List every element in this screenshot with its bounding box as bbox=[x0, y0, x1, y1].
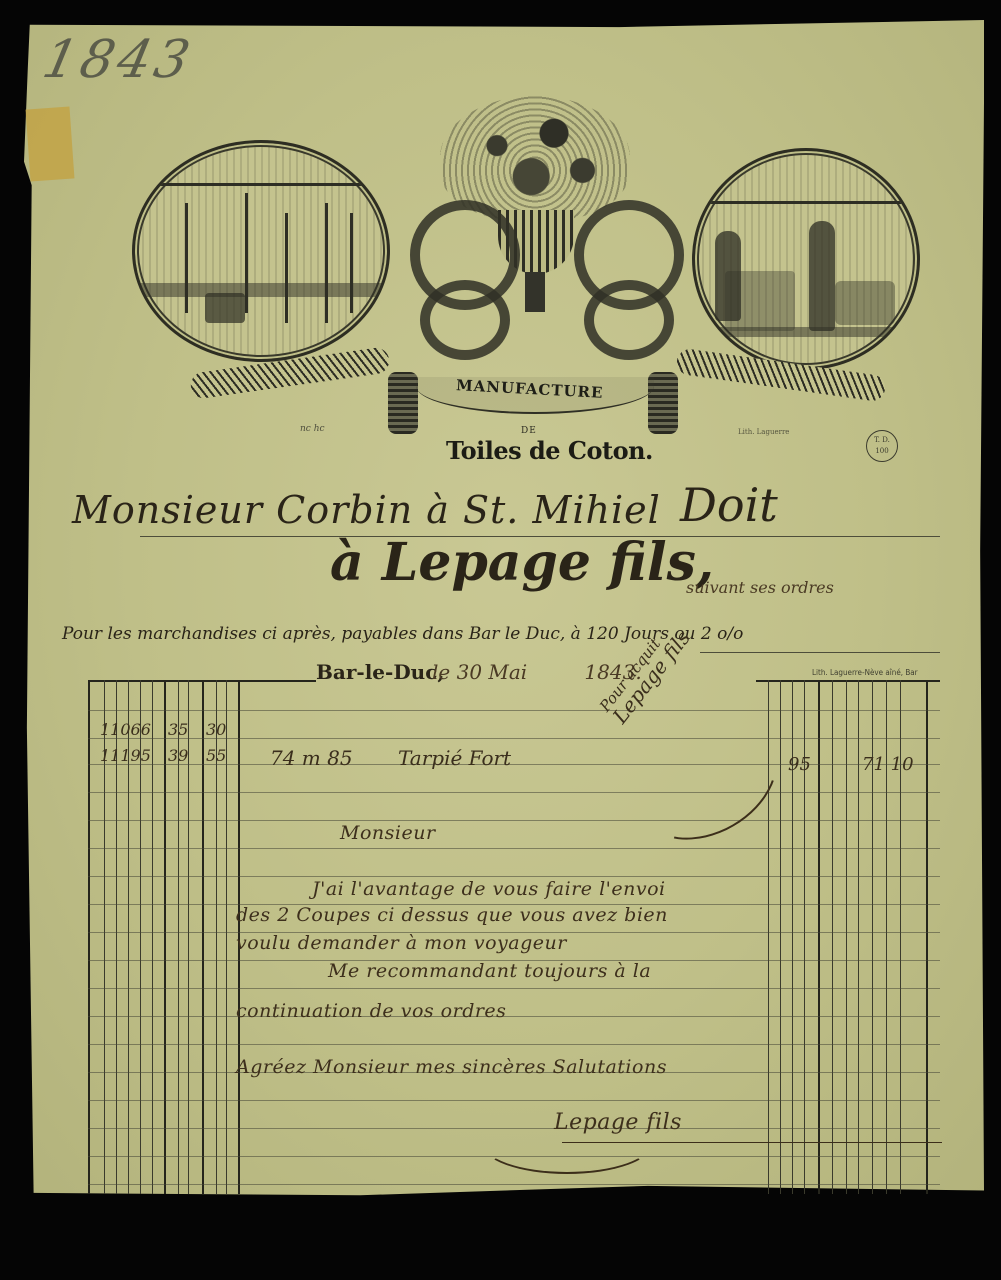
signature-underline bbox=[562, 1142, 942, 1143]
row2-col3: 55 bbox=[206, 746, 226, 765]
lithographer-credit: Lith. Laguerre bbox=[738, 428, 789, 436]
acanthus-scroll-lower-left bbox=[420, 280, 510, 360]
acanthus-scroll-lower-right bbox=[584, 280, 674, 360]
tape-stain bbox=[26, 107, 75, 182]
engraver-signature: nc hc bbox=[300, 424, 325, 434]
letter-line-3: voulu demander à mon voyageur bbox=[236, 932, 567, 954]
following-orders: suivant ses ordres bbox=[686, 578, 834, 597]
ledger-top-rule-right bbox=[756, 680, 940, 682]
printer-credit: Lith. Laguerre-Nève aîné, Bar bbox=[812, 668, 918, 677]
letter-line-5: continuation de vos ordres bbox=[236, 1000, 506, 1022]
row1-col3: 30 bbox=[206, 720, 226, 739]
letter-closing: Agréez Monsieur mes sincères Salutations bbox=[236, 1056, 667, 1078]
row2-quantity: 74 m 85 bbox=[270, 746, 353, 770]
owes-label: Doit bbox=[680, 478, 778, 532]
dye-works-vignette bbox=[692, 148, 920, 370]
letter-line-4: Me recommandant toujours à la bbox=[328, 960, 651, 982]
payment-terms: Pour les marchandises ci après, payables… bbox=[62, 624, 743, 644]
client-line: Monsieur Corbin à St. Mihiel bbox=[72, 488, 661, 532]
row2-col2: 39 bbox=[168, 746, 188, 765]
drying-yard-vignette bbox=[132, 140, 390, 362]
terms-rule bbox=[700, 652, 940, 653]
cloth-bolt-left bbox=[388, 372, 418, 434]
row2-ref: 11195 bbox=[100, 746, 151, 765]
row1-col2: 35 bbox=[168, 720, 188, 739]
row1-ref: 11066 bbox=[100, 720, 151, 739]
archive-year-mark: 1843 bbox=[38, 30, 199, 90]
row2-unit-price: 95 bbox=[788, 754, 811, 775]
letter-line-2: des 2 Coupes ci dessus que vous avez bie… bbox=[236, 904, 668, 926]
connector-text: DE bbox=[521, 426, 537, 436]
supplier-name: à Lepage fils, bbox=[330, 532, 714, 593]
row2-total: 71 10 bbox=[862, 754, 914, 775]
row2-description: Tarpié Fort bbox=[398, 746, 511, 770]
letter-line-1: J'ai l'avantage de vous faire l'envoi bbox=[312, 878, 666, 900]
letter-salutation: Monsieur bbox=[340, 822, 436, 844]
company-product-line: Toiles de Coton. bbox=[446, 436, 653, 465]
postmark-stamp: T. D. 100 bbox=[866, 430, 898, 462]
urn-stem bbox=[525, 272, 545, 312]
